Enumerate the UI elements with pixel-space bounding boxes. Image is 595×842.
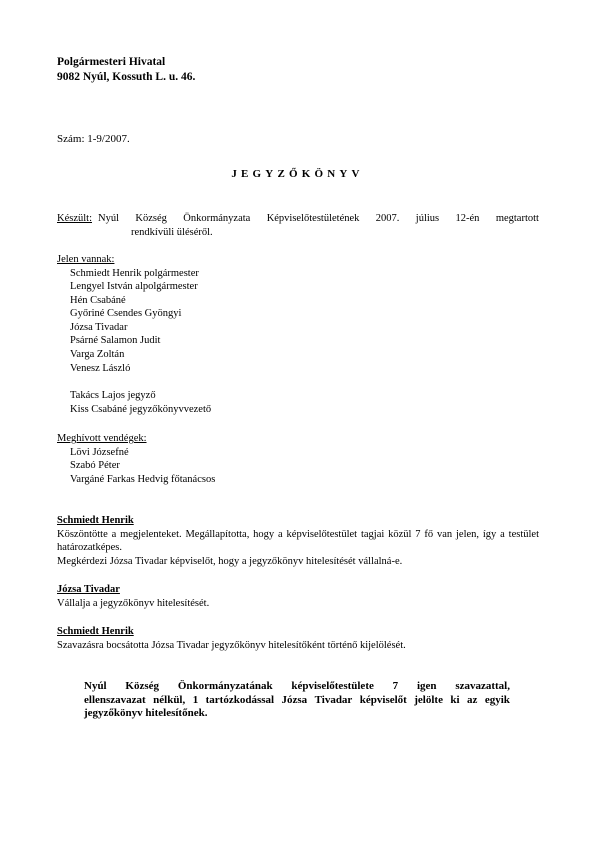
official-item: Kiss Csabáné jegyzőkönyvvezető (70, 403, 539, 417)
member-item: Győriné Csendes Gyöngyi (70, 307, 539, 321)
resolution: NyúlKözségÖnkormányzatánakképviselőtestü… (84, 680, 510, 721)
prepared-section: Készült: NyúlKözségÖnkormányzataKépvisel… (57, 212, 539, 239)
resolution-line3: jegyzőkönyv hitelesítőnek. (84, 707, 510, 721)
present-label: Jelen vannak: (57, 253, 539, 267)
letterhead: Polgármesteri Hivatal 9082 Nyúl, Kossuth… (57, 55, 195, 85)
member-item: Józsa Tivadar (70, 321, 539, 335)
prepared-text-line1: NyúlKözségÖnkormányzataKépviselőtestület… (98, 212, 539, 226)
present-section: Jelen vannak: Schmiedt Henrik polgármest… (57, 253, 539, 375)
speech-block: Józsa Tivadar Vállalja a jegyzőkönyv hit… (57, 583, 539, 610)
guest-item: Szabó Péter (70, 459, 539, 473)
speaker-name: Schmiedt Henrik (57, 514, 539, 528)
document-title: JEGYZŐKÖNYV (0, 168, 595, 182)
guests-label: Meghívott vendégek: (57, 432, 539, 446)
member-item: Varga Zoltán (70, 348, 539, 362)
reference-number: Szám: 1-9/2007. (57, 133, 130, 147)
officials-section: Takács Lajos jegyző Kiss Csabáné jegyzők… (57, 389, 539, 416)
guests-section: Meghívott vendégek: Lövi Józsefné Szabó … (57, 432, 539, 486)
resolution-line2: ellenszavazatnélkül,1tartózkodássalJózsa… (84, 694, 510, 708)
document-page: Polgármesteri Hivatal 9082 Nyúl, Kossuth… (0, 0, 595, 842)
organization-address: 9082 Nyúl, Kossuth L. u. 46. (57, 70, 195, 85)
member-item: Hén Csabáné (70, 294, 539, 308)
speech-block: Schmiedt Henrik Szavazásra bocsátotta Jó… (57, 625, 539, 652)
prepared-text-line2: rendkívüli üléséről. (57, 226, 539, 240)
speech-text: Megkérdezi Józsa Tivadar képviselőt, hog… (57, 555, 539, 569)
speech-block: Schmiedt Henrik Köszöntötte a megjelente… (57, 514, 539, 568)
speech-text: Szavazásra bocsátotta Józsa Tivadar jegy… (57, 639, 539, 653)
guest-item: Lövi Józsefné (70, 446, 539, 460)
speaker-name: Józsa Tivadar (57, 583, 539, 597)
guest-item: Vargáné Farkas Hedvig főtanácsos (70, 473, 539, 487)
member-item: Psárné Salamon Judit (70, 334, 539, 348)
organization-name: Polgármesteri Hivatal (57, 55, 195, 70)
prepared-label: Készült: (57, 213, 92, 224)
official-item: Takács Lajos jegyző (70, 389, 539, 403)
speech-text: Köszöntötte a megjelenteket. Megállapíto… (57, 528, 539, 555)
speaker-name: Schmiedt Henrik (57, 625, 539, 639)
member-item: Venesz László (70, 362, 539, 376)
resolution-line1: NyúlKözségÖnkormányzatánakképviselőtestü… (84, 680, 510, 694)
speech-text: Vállalja a jegyzőkönyv hitelesítését. (57, 597, 539, 611)
member-item: Lengyel István alpolgármester (70, 280, 539, 294)
member-item: Schmiedt Henrik polgármester (70, 267, 539, 281)
